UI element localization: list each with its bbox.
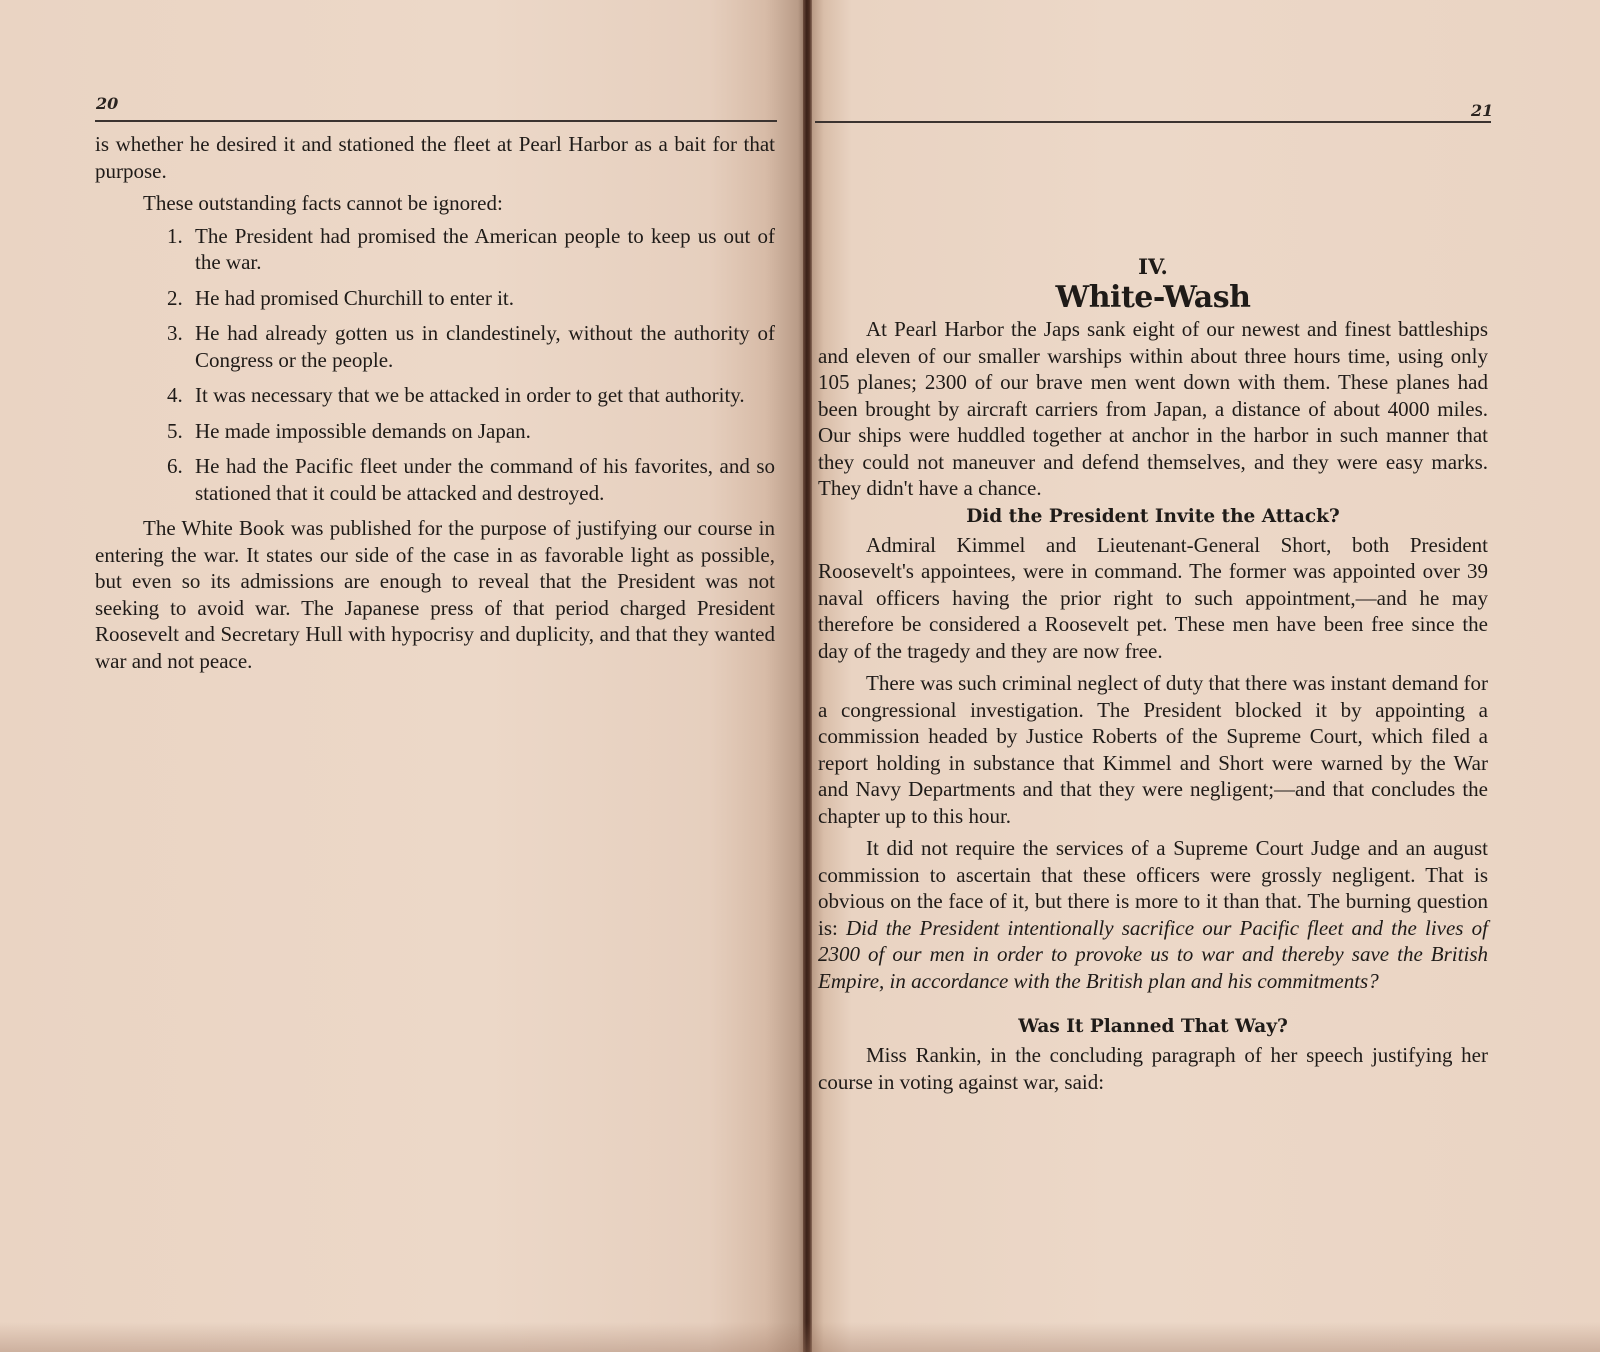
book-spread: 20 is whether he desired it and statione… [0,0,1600,1352]
paragraph-burning-question: It did not require the services of a Sup… [818,835,1488,994]
chapter-number: IV. [818,254,1488,280]
paragraph-investigation: There was such criminal neglect of duty … [818,670,1488,829]
facts-intro: These outstanding facts cannot be ignore… [95,190,775,217]
fact-text: He had the Pacific fleet under the comma… [195,454,775,505]
paragraph-kimmel-short: Admiral Kimmel and Lieutenant-General Sh… [818,532,1488,665]
continued-paragraph: is whether he desired it and stationed t… [95,131,775,184]
fact-item: 4. It was necessary that we be attacked … [95,382,775,409]
right-header-rule [815,121,1491,123]
facts-list: 1. The President had promised the Americ… [95,223,775,507]
book-spine [803,0,812,1352]
page-bottom-shadow [0,1322,1600,1352]
fact-item: 6. He had the Pacific fleet under the co… [95,453,775,506]
paragraph-pearl-harbor: At Pearl Harbor the Japs sank eight of o… [818,316,1488,502]
right-page-number: 21 [1471,101,1493,120]
left-header-rule [95,120,777,122]
fact-number: 4. [167,382,183,409]
fact-item: 5. He made impossible demands on Japan. [95,418,775,445]
subheading-invite-attack: Did the President Invite the Attack? [818,502,1488,532]
fact-text: He had already gotten us in clandestinel… [195,321,775,372]
fact-item: 1. The President had promised the Americ… [95,223,775,276]
chapter-title: White-Wash [818,280,1488,316]
left-page-body: is whether he desired it and stationed t… [95,131,775,674]
fact-number: 2. [167,285,183,312]
subheading-planned: Was It Planned That Way? [818,1012,1488,1042]
fact-number: 3. [167,320,183,347]
fact-item: 3. He had already gotten us in clandesti… [95,320,775,373]
fact-number: 1. [167,223,183,250]
fact-number: 6. [167,453,183,480]
fact-text: He made impossible demands on Japan. [195,419,531,443]
fact-text: The President had promised the American … [195,224,775,275]
left-page-number: 20 [96,94,118,113]
right-page-body: IV. White-Wash At Pearl Harbor the Japs … [818,254,1488,1095]
fact-text: He had promised Churchill to enter it. [195,286,514,310]
fact-text: It was necessary that we be attacked in … [195,383,745,407]
fact-item: 2. He had promised Churchill to enter it… [95,285,775,312]
burning-question-italic: Did the President intentionally sacrific… [818,916,1488,993]
fact-number: 5. [167,418,183,445]
paragraph-rankin: Miss Rankin, in the concluding paragraph… [818,1042,1488,1095]
closing-paragraph: The White Book was published for the pur… [95,515,775,674]
